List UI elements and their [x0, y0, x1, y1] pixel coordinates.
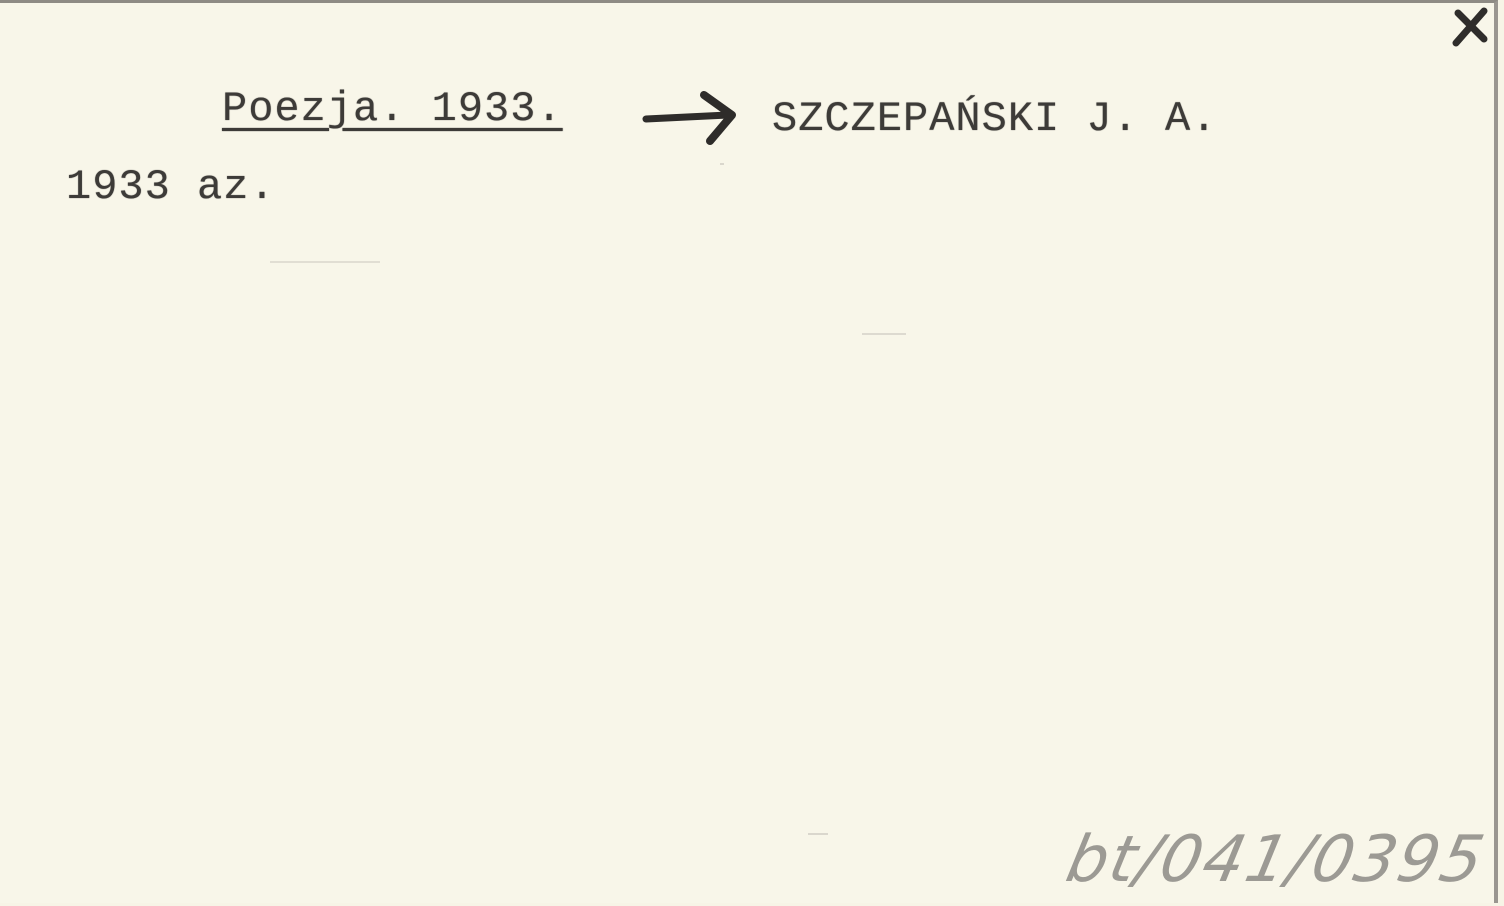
year-line: 1933 az. [66, 163, 276, 211]
x-mark-icon [1450, 7, 1490, 47]
author-name: SZCZEPAŃSKI J. A. [772, 95, 1217, 143]
paper-speck [720, 163, 724, 165]
paper-speck [808, 833, 828, 835]
paper-speck [270, 261, 380, 263]
paper-speck [862, 333, 906, 335]
right-arrow-icon [640, 89, 740, 145]
catalog-card: Poezja. 1933. SZCZEPAŃSKI J. A. 1933 az.… [0, 0, 1498, 903]
pencil-signature: bt/041/0395 [1060, 823, 1492, 897]
subject-heading: Poezja. 1933. [222, 85, 563, 133]
